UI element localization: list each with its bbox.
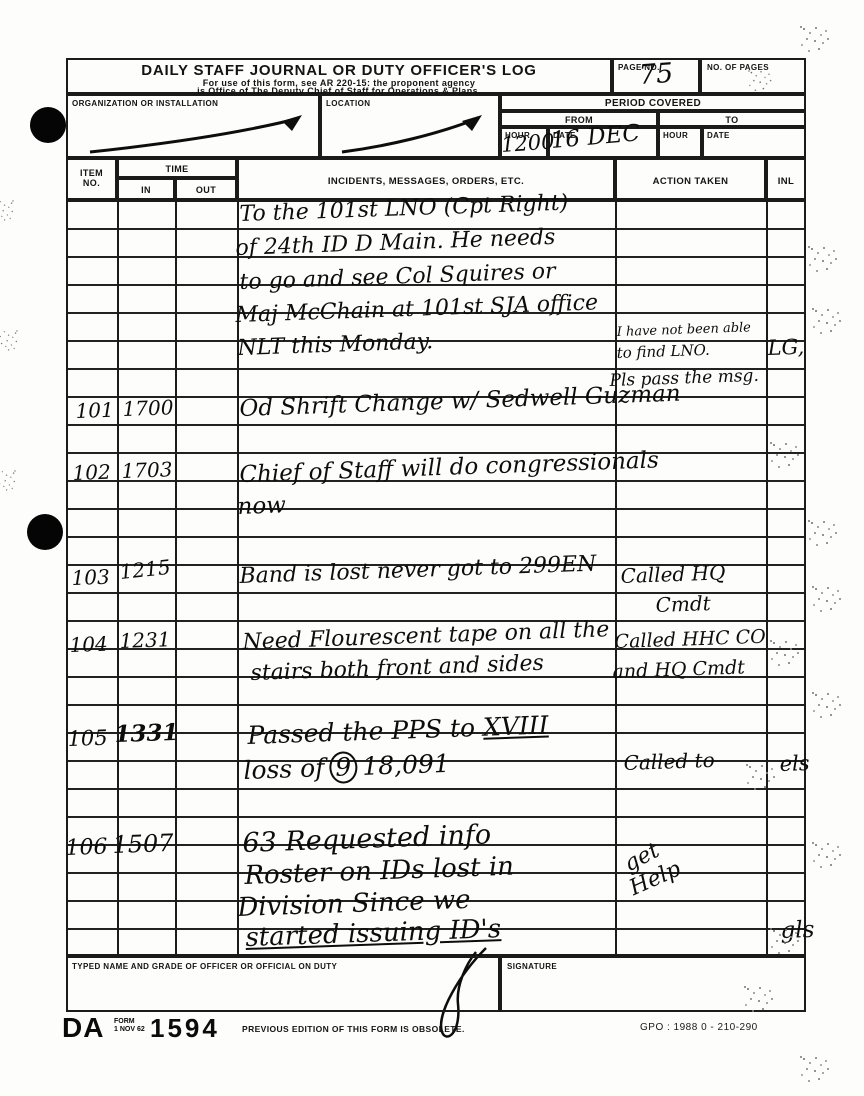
scan-noise <box>744 986 746 988</box>
organization-arrow-mark <box>86 112 306 156</box>
entry-105-time-in: 1331 <box>114 720 179 749</box>
scan-noise <box>16 330 17 331</box>
entry-106-time-in: 1507 <box>112 830 174 860</box>
column-divider <box>175 200 177 956</box>
scan-noise <box>800 26 802 28</box>
column-divider <box>615 200 617 956</box>
entry-103-action-2: Cmdt <box>655 592 711 617</box>
column-divider <box>766 200 768 956</box>
hole-punch-bottom <box>27 514 63 550</box>
entry-103-action-1: Called HQ <box>620 561 726 588</box>
location-arrow-mark <box>338 112 488 156</box>
to-hour-label: HOUR <box>663 131 688 140</box>
entry-101-time-in: 1700 <box>122 396 174 421</box>
entry-102-item: 102 <box>72 461 111 485</box>
gpo-note: GPO : 1988 0 - 210-290 <box>640 1022 758 1033</box>
entry-105-item: 105 <box>67 726 108 752</box>
form-edition: 1 NOV 62 <box>114 1026 145 1034</box>
scan-noise <box>770 442 772 444</box>
header-inl: INL <box>766 158 806 200</box>
header-out-label: OUT <box>177 185 235 195</box>
hole-punch-top <box>30 107 66 143</box>
form-prefix: DA <box>62 1012 104 1044</box>
no-of-pages-box: NO. OF PAGES <box>700 58 806 94</box>
entry-101-item: 101 <box>75 399 114 423</box>
scan-noise <box>812 692 814 694</box>
scan-noise <box>800 1056 802 1058</box>
scanned-form-page: DAILY STAFF JOURNAL OR DUTY OFFICER'S LO… <box>0 0 864 1096</box>
scan-noise <box>808 520 810 522</box>
entry-102-time-in: 1703 <box>121 458 173 483</box>
scan-noise <box>812 586 814 588</box>
entry-105-loss-text: loss of <box>243 753 325 785</box>
location-label: LOCATION <box>326 99 370 108</box>
entry-104-item: 104 <box>69 633 108 657</box>
entry-105-loss-number: 18,091 <box>362 749 450 781</box>
typed-name-box: TYPED NAME AND GRADE OF OFFICER OR OFFIC… <box>66 956 500 1012</box>
form-edition-block: FORM 1 NOV 62 <box>114 1018 145 1034</box>
page-no-value: 75 <box>638 58 674 91</box>
typed-name-label: TYPED NAME AND GRADE OF OFFICER OR OFFIC… <box>72 962 337 971</box>
header-action: ACTION TAKEN <box>615 158 766 200</box>
scan-noise <box>746 764 748 766</box>
header-action-label: ACTION TAKEN <box>617 176 764 187</box>
scan-noise <box>14 470 15 471</box>
entry-105-initials: els <box>779 751 810 776</box>
scan-noise <box>812 842 814 844</box>
signature-label: SIGNATURE <box>507 962 557 971</box>
title-box: DAILY STAFF JOURNAL OR DUTY OFFICER'S LO… <box>66 58 612 94</box>
entry-103-item: 103 <box>71 566 110 590</box>
form-title: DAILY STAFF JOURNAL OR DUTY OFFICER'S LO… <box>68 62 610 79</box>
entry-104-action-2: and HQ Cmdt <box>612 657 745 683</box>
signature-box: SIGNATURE <box>500 956 806 1012</box>
form-number: 1594 <box>150 1013 220 1044</box>
period-covered-box: PERIOD COVERED <box>500 94 806 111</box>
scan-noise <box>770 928 772 930</box>
to-date-cell: DATE <box>702 127 806 158</box>
header-in-label: IN <box>119 185 173 195</box>
entry-105-incident-1-underlined: XVIII <box>482 711 548 742</box>
entry-106-initials: gls <box>780 917 815 945</box>
header-item-no: ITEM NO. <box>66 158 117 200</box>
header-time: TIME <box>117 158 237 178</box>
to-hour-cell: HOUR <box>658 127 702 158</box>
entry-105-action-1: Called to <box>623 749 715 775</box>
obsolete-note: PREVIOUS EDITION OF THIS FORM IS OBSOLET… <box>242 1024 465 1034</box>
form-word: FORM <box>114 1018 145 1026</box>
period-covered-label: PERIOD COVERED <box>502 98 804 109</box>
organization-label: ORGANIZATION OR INSTALLATION <box>72 99 218 108</box>
scan-noise <box>748 70 750 72</box>
header-item-line2: NO. <box>68 178 115 188</box>
scan-noise <box>12 200 13 201</box>
entry-105-circled-nine: 9 <box>329 751 358 784</box>
header-time-in: IN <box>117 178 175 200</box>
entry-102-incident-2: now <box>237 492 286 520</box>
scan-noise <box>812 308 814 310</box>
to-date-label: DATE <box>707 131 730 140</box>
scan-noise <box>808 246 810 248</box>
no-of-pages-label: NO. OF PAGES <box>707 63 769 72</box>
scan-noise <box>770 640 772 642</box>
entry-106-item: 106 <box>65 835 108 862</box>
header-time-label: TIME <box>119 164 235 174</box>
to-label: TO <box>660 115 804 125</box>
entry-carryover-action2: to find LNO. <box>616 342 710 362</box>
period-to-box: TO <box>658 111 806 127</box>
entry-104-time-in: 1231 <box>119 628 171 653</box>
entry-carryover-initials: LG, <box>767 335 804 360</box>
header-time-out: OUT <box>175 178 237 200</box>
header-item-line1: ITEM <box>68 168 115 178</box>
header-incidents-label: INCIDENTS, MESSAGES, ORDERS, ETC. <box>239 176 613 187</box>
from-hour-value: 1200 <box>500 129 555 157</box>
header-inl-label: INL <box>768 176 804 187</box>
